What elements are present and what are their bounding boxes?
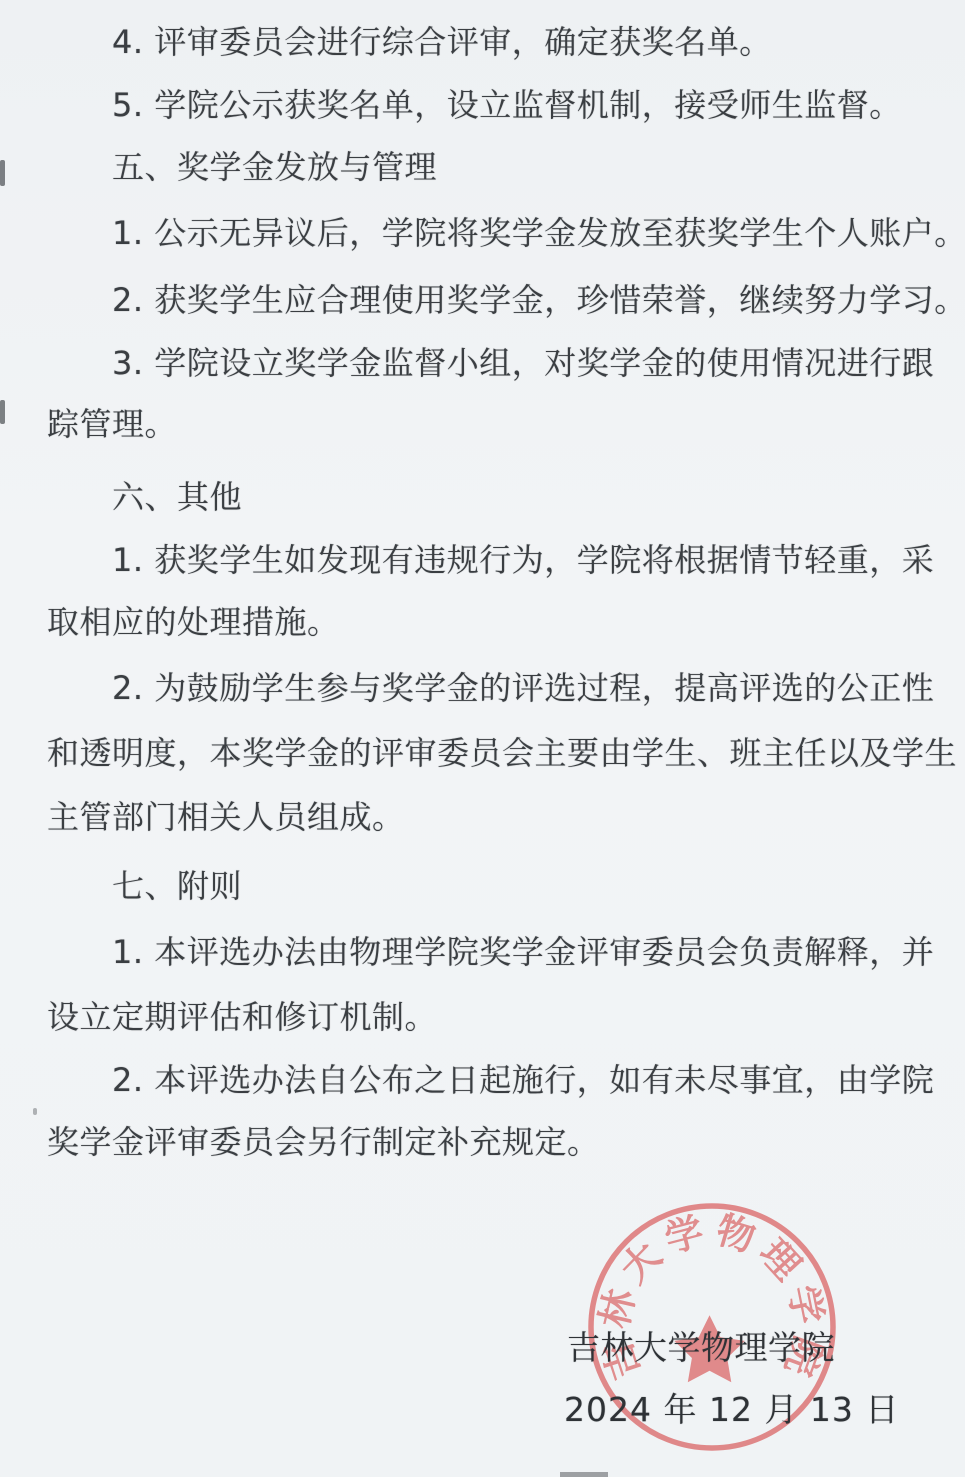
doc-line: 3. 学院设立奖学金监督小组，对奖学金的使用情况进行跟: [112, 343, 934, 383]
doc-line: 踪管理。: [47, 404, 177, 444]
doc-line: 奖学金评审委员会另行制定补充规定。: [47, 1122, 600, 1162]
scan-artifact: [560, 1472, 608, 1477]
section-heading: 五、奖学金发放与管理: [112, 147, 437, 187]
section-heading: 七、附则: [112, 866, 242, 906]
doc-line: 4. 评审委员会进行综合评审，确定获奖名单。: [112, 22, 772, 62]
doc-line: 1. 本评选办法由物理学院奖学金评审委员会负责解释，并: [112, 932, 934, 972]
doc-line: 设立定期评估和修订机制。: [47, 997, 437, 1037]
doc-line: 5. 学院公示获奖名单，设立监督机制，接受师生监督。: [112, 85, 902, 125]
doc-line: 取相应的处理措施。: [47, 602, 340, 642]
doc-line: 主管部门相关人员组成。: [47, 797, 405, 837]
doc-line: 和透明度，本奖学金的评审委员会主要由学生、班主任以及学生: [47, 733, 957, 773]
doc-line: 2. 获奖学生应合理使用奖学金，珍惜荣誉，继续努力学习。: [112, 280, 965, 320]
scanned-document-page: 4. 评审委员会进行综合评审，确定获奖名单。 5. 学院公示获奖名单，设立监督机…: [0, 0, 965, 1477]
scan-artifact: [0, 160, 5, 186]
doc-line: 2. 为鼓励学生参与奖学金的评选过程，提高评选的公正性: [112, 668, 934, 708]
doc-line: 2. 本评选办法自公布之日起施行，如有未尽事宜，由学院: [112, 1060, 934, 1100]
signature-date: 2024 年 12 月 13 日: [564, 1384, 899, 1431]
section-heading: 六、其他: [112, 477, 242, 517]
doc-line: 1. 公示无异议后，学院将奖学金发放至获奖学生个人账户。: [112, 213, 965, 253]
doc-line: 1. 获奖学生如发现有违规行为，学院将根据情节轻重，采: [112, 540, 934, 580]
signature-organization: 吉林大学物理学院: [567, 1322, 835, 1369]
scan-artifact: [0, 400, 5, 424]
scan-artifact: [33, 1108, 37, 1115]
